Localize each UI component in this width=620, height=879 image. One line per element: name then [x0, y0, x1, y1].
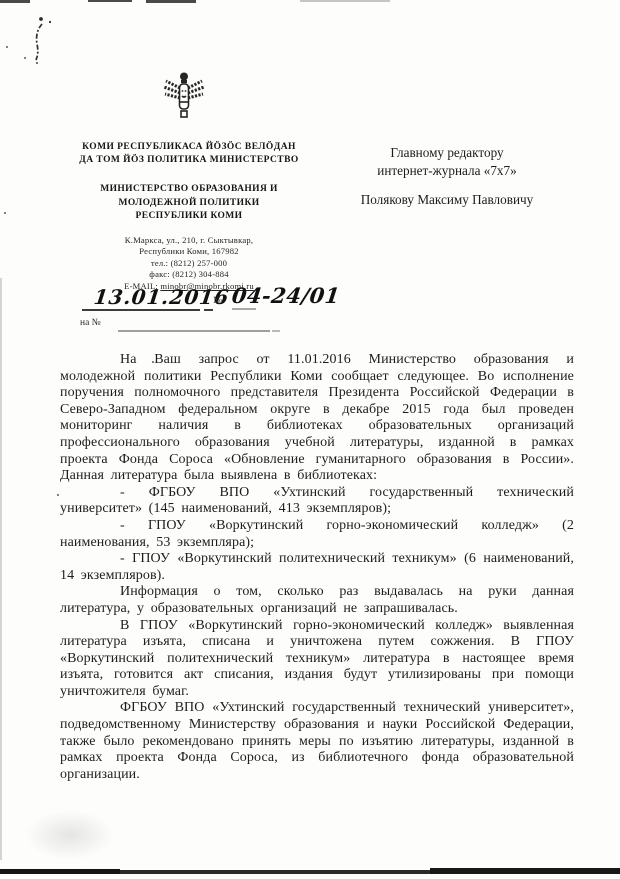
body-paragraph-3: В ГПОУ «Воркутинский горно-экономический…: [60, 618, 574, 701]
scan-edge-artifact: [0, 0, 30, 3]
scan-edge-artifact: [88, 0, 132, 2]
address-line2: Республики Коми, 167982: [38, 246, 340, 258]
body-list-item-3: - ГПОУ «Воркутинский политехнический тех…: [60, 551, 574, 584]
scan-edge-artifact: [146, 0, 196, 3]
handwritten-date: 13.01.2016: [93, 285, 231, 309]
reply-underline-end: [272, 330, 280, 332]
letterhead: КОМИ РЕСПУБЛИКАСА ЙÖЗÖС ВЕЛÖДАН ДА ТОМ Й…: [38, 141, 340, 292]
ministry-name-komi-line2: ДА ТОМ ЙÖЗ ПОЛИТИКА МИНИСТЕРСТВО: [38, 154, 340, 167]
fax-number: факс: (8212) 304-884: [38, 269, 340, 281]
number-underline: [232, 308, 256, 310]
scan-edge-artifact: [0, 278, 2, 860]
scan-bottom-edge: [430, 868, 620, 874]
phone-number: тел.: (8212) 257-000: [38, 258, 340, 270]
body-paragraph-2: Информация о том, сколько раз выдавалась…: [60, 584, 574, 617]
komi-coat-of-arms-icon: [162, 71, 206, 123]
scanned-letter-page: КОМИ РЕСПУБЛИКАСА ЙÖЗÖС ВЕЛÖДАН ДА ТОМ Й…: [0, 0, 620, 879]
scan-speck: [6, 46, 8, 48]
pencil-mark: [26, 12, 62, 68]
addressee-title-line2: интернет-журнала «7х7»: [336, 162, 558, 180]
handwritten-outgoing-number: 04-24/01: [230, 283, 341, 308]
ministry-name-ru-line3: РЕСПУБЛИКИ КОМИ: [38, 210, 340, 224]
addressee-block: Главному редактору интернет-журнала «7х7…: [336, 144, 558, 209]
scan-edge-artifact: [300, 0, 390, 2]
body-list-item-1: - ФГБОУ ВПО «Ухтинский государственный т…: [60, 485, 574, 518]
letter-body: На Ваш запрос от 11.01.2016 Министерство…: [60, 352, 574, 783]
ministry-name-ru-line2: МОЛОДЕЖНОЙ ПОЛИТИКИ: [38, 197, 340, 211]
address-line1: К.Маркса, ул., 210, г. Сыктывкар,: [38, 235, 340, 247]
reply-to-label: на №: [80, 318, 101, 328]
reply-underline: [118, 330, 270, 332]
ministry-name-komi-line1: КОМИ РЕСПУБЛИКАСА ЙÖЗÖС ВЕЛÖДАН: [38, 141, 340, 154]
scan-smudge: [25, 810, 115, 860]
addressee-name: Полякову Максиму Павловичу: [336, 191, 558, 209]
body-paragraph-4: ФГБОУ ВПО «Ухтинский государственный тех…: [60, 700, 574, 783]
scan-speck: [57, 494, 59, 496]
date-underline: [82, 309, 200, 311]
addressee-title-line1: Главному редактору: [336, 144, 558, 162]
form-underline: [204, 309, 213, 311]
number-sign: №: [213, 296, 222, 306]
body-paragraph-1: На Ваш запрос от 11.01.2016 Министерство…: [60, 352, 574, 485]
ministry-name-ru-line1: МИНИСТЕРСТВО ОБРАЗОВАНИЯ И: [38, 183, 340, 197]
scan-bottom-edge: [0, 869, 120, 874]
body-list-item-2: - ГПОУ «Воркутинский горно-экономический…: [60, 518, 574, 551]
scan-speck: [4, 212, 6, 214]
